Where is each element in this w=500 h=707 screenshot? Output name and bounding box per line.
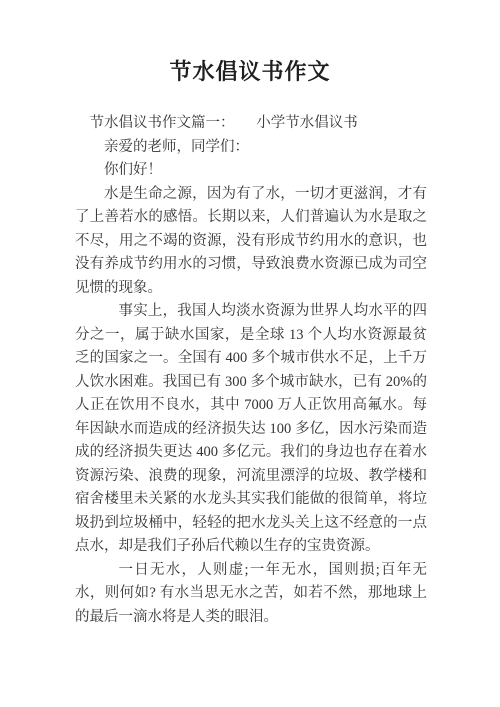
paragraph-greeting: 你们好！ <box>75 159 427 183</box>
document-title: 节水倡议书作文 <box>0 0 500 86</box>
paragraph-body-3: 一日无水，人则虚;一年无水，国则损;百年无水，则何如? 有水当思无水之苦，如若不… <box>75 559 427 630</box>
document-page: 节水倡议书作文 节水倡议书作文篇一： 小学节水倡议书 亲爱的老师，同学们： 你们… <box>0 0 500 707</box>
paragraph-salutation: 亲爱的老师，同学们： <box>75 136 427 160</box>
document-body: 节水倡议书作文篇一： 小学节水倡议书 亲爱的老师，同学们： 你们好！ 水是生命之… <box>75 112 427 629</box>
paragraph-body-1: 水是生命之源，因为有了水，一切才更滋润，才有了上善若水的感悟。长期以来，人们普遍… <box>75 183 427 301</box>
paragraph-section-heading: 节水倡议书作文篇一： 小学节水倡议书 <box>75 112 427 136</box>
paragraph-body-2: 事实上，我国人均淡水资源为世界人均水平的四分之一，属于缺水国家，是全球 13 个… <box>75 300 427 559</box>
